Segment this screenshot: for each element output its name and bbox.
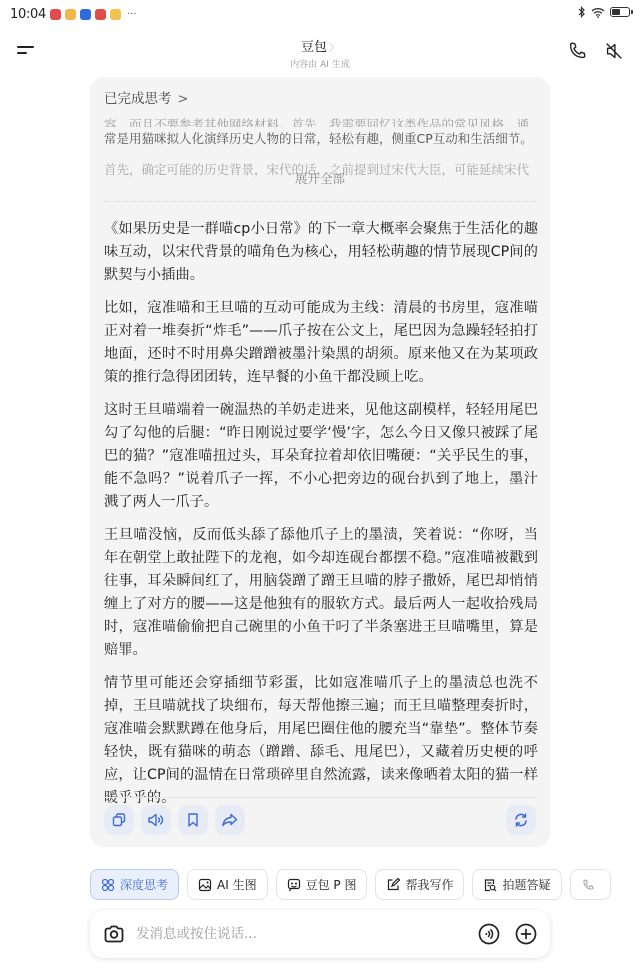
regenerate-button[interactable]	[506, 805, 536, 835]
refresh-icon	[513, 812, 529, 828]
chevron-right-icon: >	[178, 92, 189, 107]
scan-question-icon	[483, 878, 497, 892]
weibo-notification-icon	[65, 9, 76, 20]
chip-photo-edit[interactable]: 豆包 P 图	[276, 869, 368, 900]
bookmark-button[interactable]	[178, 805, 208, 835]
thinking-line: 常是用猫咪拟人化演绎历史人物的日常，轻松有趣，侧重CP互动和生活细节。	[104, 127, 536, 150]
answer-paragraph: 情节里可能还会穿插细节彩蛋，比如寇准喵爪子上的墨渍总也洗不掉，王旦喵就找了块细布…	[104, 672, 538, 810]
title-block[interactable]: 豆包〉 内容由 AI 生成	[0, 36, 640, 70]
write-icon	[386, 878, 400, 892]
read-aloud-button[interactable]	[141, 805, 171, 835]
wifi-icon	[591, 7, 605, 18]
phone-icon[interactable]	[566, 40, 588, 62]
chip-label: 豆包 P 图	[306, 876, 357, 893]
thinking-divider	[104, 201, 536, 202]
status-bar: 10:04 ···	[0, 0, 640, 28]
thinking-toggle[interactable]: 已完成思考>	[104, 87, 188, 107]
more-notifications-icon: ···	[127, 9, 137, 20]
bookmark-icon	[186, 812, 200, 828]
bot-name: 豆包	[301, 40, 327, 55]
plus-icon[interactable]	[514, 922, 538, 946]
speaker-icon	[147, 812, 165, 828]
chip-label: 拍题答疑	[502, 876, 550, 893]
bluetooth-icon	[578, 6, 586, 18]
phone-icon	[581, 878, 595, 892]
answer-paragraph: 比如，寇准喵和王旦喵的互动可能成为主线：清晨的书房里，寇准喵正对着一堆奏折“炸毛…	[104, 297, 538, 389]
camera-icon[interactable]	[102, 922, 126, 946]
chip-label: 帮我写作	[405, 876, 453, 893]
copy-icon	[111, 812, 127, 828]
message-input-bar	[90, 910, 550, 958]
status-time: 10:04	[10, 7, 46, 22]
chip-writing[interactable]: 帮我写作	[375, 869, 464, 900]
speaker-muted-icon[interactable]	[603, 40, 625, 62]
ai-generated-notice: 内容由 AI 生成	[0, 57, 640, 70]
answer-paragraph: 这时王旦喵端着一碗温热的羊奶走进来，见他这副模样，轻轻用尾巴勾了勾他的后腿：“昨…	[104, 399, 538, 514]
hdr-notification-icon	[95, 9, 106, 20]
share-icon	[221, 812, 239, 828]
image-icon	[198, 878, 212, 892]
quick-action-chips: 深度思考 AI 生图 豆包 P 图 帮我写作 拍题答疑	[90, 869, 640, 901]
chat-header: 豆包〉 内容由 AI 生成	[0, 28, 640, 74]
battery-icon	[610, 7, 630, 17]
chip-ai-image[interactable]: AI 生图	[187, 869, 268, 900]
chip-label: 深度思考	[120, 876, 168, 893]
expand-all-button[interactable]: 展开全部	[90, 169, 550, 187]
voice-icon[interactable]	[477, 922, 501, 946]
answer-text: 《如果历史是一群喵cp小日常》的下一章大概率会聚焦于生活化的趣味互动，以宋代背景…	[104, 218, 538, 820]
chip-label: AI 生图	[217, 876, 257, 893]
actions-divider	[104, 797, 536, 798]
chip-scan-question[interactable]: 拍题答疑	[472, 869, 561, 900]
photo-edit-icon	[287, 878, 301, 892]
app-notification-icon	[110, 9, 121, 20]
assistant-message-card: 容，而且不要参考其他网络材料。首先，我需要回忆这类作品的常见风格，通 常是用猫咪…	[90, 77, 550, 847]
chip-deep-think[interactable]: 深度思考	[90, 869, 179, 900]
chip-phone-call[interactable]	[570, 869, 611, 900]
answer-paragraph: 《如果历史是一群喵cp小日常》的下一章大概率会聚焦于生活化的趣味互动，以宋代背景…	[104, 218, 538, 287]
copy-button[interactable]	[104, 805, 134, 835]
message-input[interactable]	[136, 922, 456, 946]
answer-paragraph: 王旦喵没恼，反而低头舔了舔他爪子上的墨渍，笑着说：“你呀，当年在朝堂上敢扯陛下的…	[104, 524, 538, 662]
thinking-label: 已完成思考	[104, 91, 172, 107]
app-notification-icon	[50, 9, 61, 20]
chevron-right-icon: 〉	[329, 43, 339, 54]
app-notification-icon	[80, 9, 91, 20]
share-button[interactable]	[215, 805, 245, 835]
deep-think-icon	[101, 878, 115, 892]
